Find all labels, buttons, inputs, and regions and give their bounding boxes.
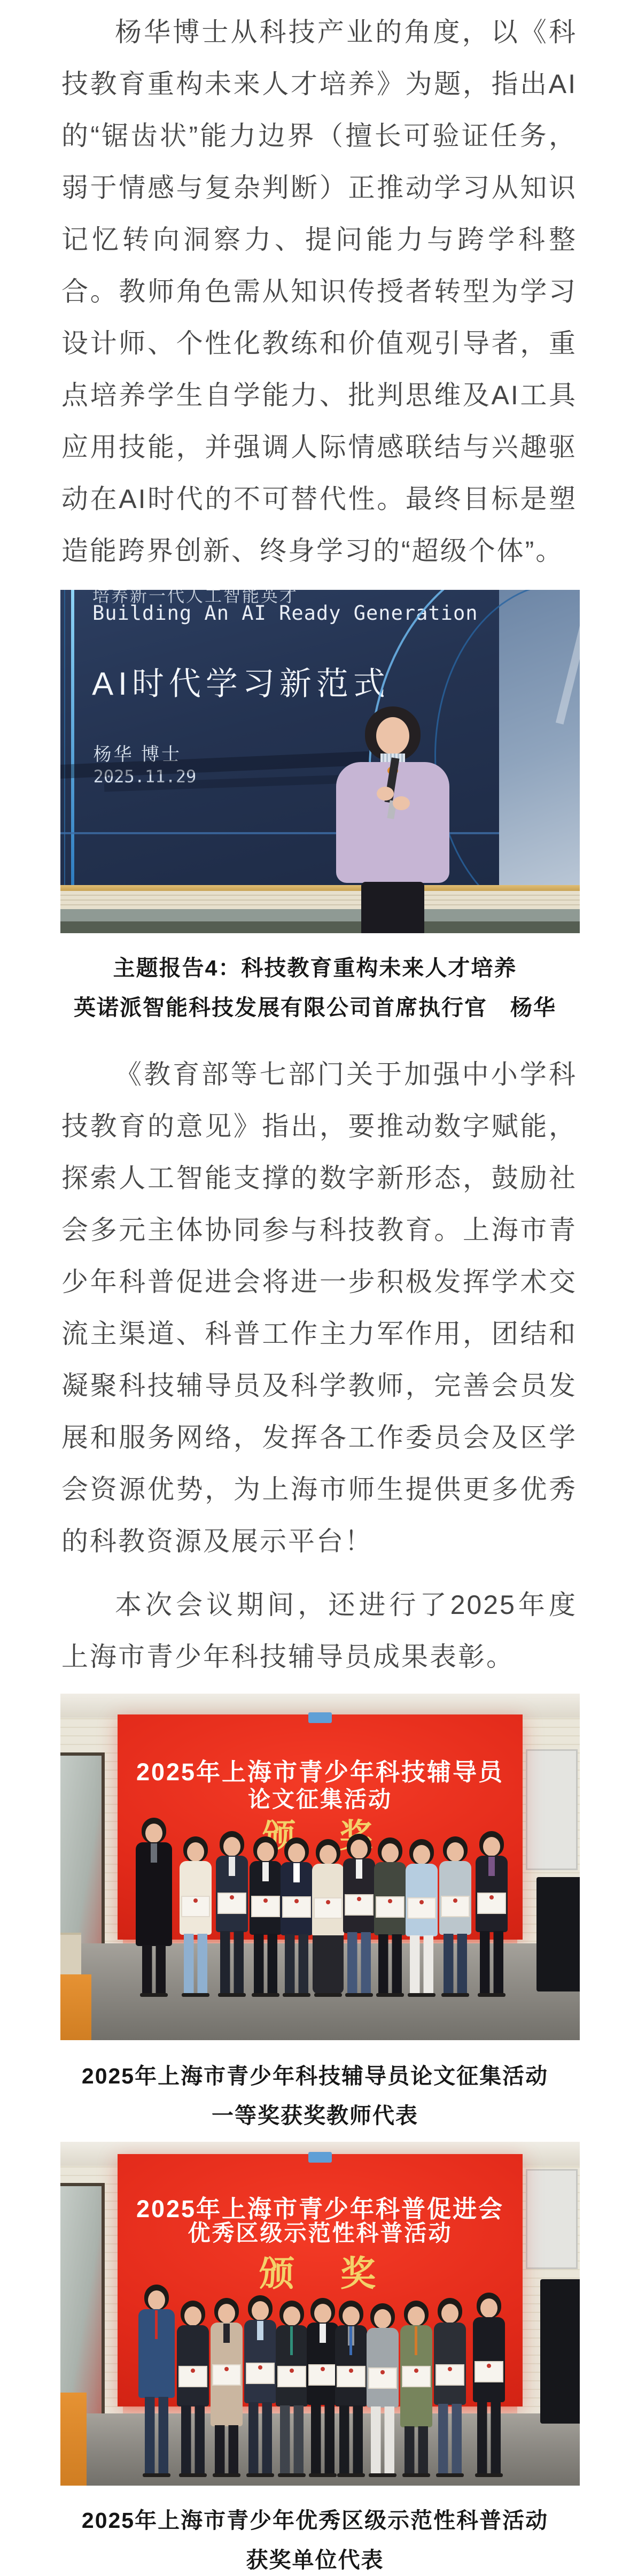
person-shoes: [337, 2473, 365, 2477]
person-legs: [339, 2405, 363, 2474]
person-silhouette: [248, 1836, 283, 1997]
person-shoes: [143, 2473, 170, 2477]
certificate-seal: [191, 2369, 195, 2373]
slide-blue-light-strip: [71, 590, 74, 885]
person-legs: [347, 1932, 371, 1994]
person-shoes: [376, 1993, 404, 1997]
certificate-seal: [349, 2369, 353, 2373]
person-silhouette: [279, 1837, 314, 1997]
person-lanyard: [290, 2326, 293, 2355]
certificate-seal: [419, 1900, 424, 1904]
person-legs: [215, 2425, 238, 2474]
person-silhouette: [365, 2303, 400, 2477]
slide-edge-line: [64, 590, 65, 885]
certificate: [181, 1896, 210, 1917]
person-shirt: [151, 1843, 157, 1863]
person-face: [382, 1843, 399, 1863]
person-shirt: [262, 1862, 269, 1881]
person-silhouette: [178, 1836, 213, 1997]
person-lanyard: [155, 2310, 158, 2339]
person-legs: [184, 1934, 207, 1994]
awardees-row: [60, 1694, 580, 2040]
person-silhouette: [137, 2285, 176, 2477]
certificate: [477, 1893, 506, 1914]
person-legs: [405, 2426, 428, 2474]
person-face: [374, 2309, 391, 2328]
person-shoes: [314, 1993, 342, 1997]
certificate: [308, 2364, 337, 2386]
caption-line: 获奖单位代表: [0, 2540, 630, 2576]
person-silhouette: [438, 1836, 472, 1997]
person-face: [351, 1840, 368, 1859]
person-shoes: [213, 2473, 240, 2477]
figure-award-photo-activities[interactable]: 2025年上海市青少年科普促进会 优秀区级示范性科普活动 颁 奖: [60, 2142, 580, 2486]
person-silhouette: [311, 1839, 345, 1997]
certificate: [402, 2366, 431, 2387]
awardees-row: [60, 2142, 580, 2486]
person-face: [408, 2306, 425, 2326]
person-shoes: [278, 2473, 306, 2477]
article-body: 杨华博士从科技产业的角度，以《科技教育重构未来人才培养》为题，指出AI的“锯齿状…: [0, 6, 630, 2576]
certificate-seal: [380, 2370, 385, 2374]
person-legs: [280, 2405, 304, 2474]
certificate: [282, 1896, 311, 1918]
paragraph-speaker-summary: 杨华博士从科技产业的角度，以《科技教育重构未来人才培养》为题，指出AI的“锯齿状…: [61, 6, 577, 577]
person-shoes: [140, 1993, 168, 1997]
person-silhouette: [275, 2301, 309, 2477]
person-legs: [371, 2406, 394, 2474]
certificate: [435, 2364, 464, 2386]
stage-right-panel: [499, 590, 580, 885]
certificate: [345, 1894, 374, 1916]
person-face: [343, 2306, 360, 2326]
person-shoes: [252, 1993, 279, 1997]
person-legs: [444, 1934, 467, 1994]
person-shoes: [402, 2473, 430, 2477]
person-legs: [313, 1935, 344, 1994]
person-shirt: [293, 1863, 300, 1882]
person-silhouette: [215, 1831, 249, 1997]
person-face: [413, 1845, 430, 1864]
person-silhouette: [135, 1818, 173, 1997]
person-shoes: [246, 2473, 274, 2477]
certificate: [475, 2361, 503, 2382]
certificate-seal: [414, 2369, 418, 2373]
caption-line: 主题报告4：科技教育重构未来人才培养: [0, 948, 630, 988]
certificate-seal: [263, 1898, 268, 1903]
person-silhouette: [472, 2293, 506, 2477]
person-legs: [410, 1935, 433, 1994]
paragraph-awards-intro: 本次会议期间，还进行了2025年度上海市青少年科技辅导员成果表彰。: [61, 1579, 577, 1683]
person-face: [218, 2304, 235, 2323]
certificate-seal: [258, 2365, 262, 2370]
person-face: [441, 2304, 458, 2323]
person-torso: [473, 2317, 505, 2402]
person-shoes: [441, 1993, 469, 1997]
person-shirt: [488, 1857, 495, 1876]
stage-edge: [60, 885, 580, 891]
certificate: [376, 1896, 405, 1918]
certificate-seal: [453, 1898, 457, 1903]
person-legs: [378, 1934, 402, 1994]
person-face: [447, 1842, 464, 1862]
person-face: [145, 1824, 162, 1843]
person-silhouette: [433, 2298, 467, 2477]
person-shoes: [408, 1993, 435, 1997]
person-shoes: [478, 1993, 505, 1997]
slide-title: AI时代学习新范式: [92, 658, 390, 704]
certificate-seal: [224, 2367, 229, 2371]
certificate: [178, 2366, 207, 2387]
certificate-seal: [321, 2367, 325, 2371]
person-shoes: [345, 1993, 373, 1997]
caption-line: 2025年上海市青少年优秀区级示范性科普活动: [0, 2501, 630, 2540]
certificate-seal: [326, 1900, 330, 1904]
certificate-seal: [487, 2364, 491, 2368]
person-face: [288, 1843, 305, 1863]
person-legs: [480, 1931, 503, 1994]
person-shirt: [229, 1857, 235, 1876]
certificate-seal: [230, 1895, 234, 1900]
speaker-hand: [393, 796, 410, 810]
certificate: [441, 1896, 470, 1917]
speaker-face: [376, 717, 409, 755]
certificate-seal: [294, 1899, 299, 1903]
person-silhouette: [176, 2301, 210, 2477]
person-face: [184, 2306, 201, 2326]
person-shoes: [283, 1993, 310, 1997]
person-face: [314, 2304, 331, 2323]
person-face: [320, 1845, 337, 1864]
person-legs: [477, 2401, 501, 2474]
person-silhouette: [243, 2295, 277, 2477]
person-lanyard: [349, 2326, 352, 2355]
figure2-caption: 2025年上海市青少年科技辅导员论文征集活动 一等奖获奖教师代表: [0, 2056, 630, 2135]
panel-glare: [556, 590, 580, 725]
person-silhouette: [373, 1837, 407, 1997]
person-shoes: [436, 2473, 464, 2477]
person-silhouette: [399, 2301, 433, 2477]
person-silhouette: [405, 1839, 439, 1997]
slide-subtitle-english: Building An AI Ready Generation: [92, 602, 478, 625]
person-face: [252, 2301, 269, 2320]
certificate-seal: [290, 2369, 294, 2373]
certificate: [337, 2366, 365, 2387]
person-shoes: [218, 1993, 246, 1997]
stage-floor-band: [60, 909, 580, 921]
caption-line: 英诺派智能科技发展有限公司首席执行官 杨华: [0, 988, 630, 1027]
certificate-seal: [388, 1899, 392, 1903]
person-legs: [220, 1931, 244, 1994]
speaker-hand: [377, 787, 394, 801]
person-legs: [285, 1934, 308, 1994]
person-shoes: [309, 2473, 337, 2477]
person-face: [483, 1837, 500, 1856]
person-shirt: [356, 1859, 362, 1879]
figure1-caption: 主题报告4：科技教育重构未来人才培养 英诺派智能科技发展有限公司首席执行官 杨华: [0, 948, 630, 1027]
person-legs: [181, 2405, 205, 2474]
person-legs: [438, 2404, 462, 2474]
figure3-caption: 2025年上海市青少年优秀区级示范性科普活动 获奖单位代表: [0, 2501, 630, 2576]
person-legs: [254, 1934, 277, 1994]
person-shirt: [257, 2321, 263, 2340]
person-shoes: [179, 2473, 207, 2477]
caption-line: 一等奖获奖教师代表: [0, 2096, 630, 2135]
person-shirt: [320, 2324, 326, 2343]
caption-line: 2025年上海市青少年科技辅导员论文征集活动: [0, 2056, 630, 2096]
person-face: [223, 1837, 240, 1856]
certificate: [407, 1897, 436, 1919]
certificate: [277, 2366, 306, 2387]
person-face: [187, 1842, 204, 1862]
person-shirt: [223, 2324, 230, 2343]
certificate: [212, 2364, 241, 2386]
person-legs: [311, 2404, 335, 2474]
person-legs: [145, 2397, 168, 2474]
certificate-seal: [489, 1895, 494, 1900]
certificate: [246, 2363, 275, 2384]
certificate-seal: [448, 2367, 452, 2371]
person-legs: [142, 1945, 166, 1994]
certificate-seal: [193, 1898, 198, 1903]
speaker-figure: [331, 706, 454, 933]
person-face: [480, 2298, 497, 2318]
certificate: [368, 2367, 397, 2389]
certificate: [217, 1893, 246, 1914]
stage-floor-dark-band: [60, 921, 580, 933]
person-shoes: [182, 1993, 209, 1997]
speaker-legs: [361, 882, 424, 933]
certificate-seal: [357, 1897, 361, 1901]
person-lanyard: [415, 2326, 417, 2355]
figure-speaker-photo[interactable]: 培养新一代人工智能英才 Building An AI Ready Generat…: [60, 590, 580, 933]
certificate: [314, 1897, 343, 1919]
person-silhouette: [209, 2298, 244, 2477]
person-shoes: [475, 2473, 503, 2477]
person-shoes: [369, 2473, 396, 2477]
figure-award-photo-papers[interactable]: 2025年上海市青少年科技辅导员 论文征集活动 颁 奖: [60, 1694, 580, 2040]
person-silhouette: [342, 1834, 376, 1997]
person-face: [148, 2290, 165, 2310]
certificate: [251, 1896, 280, 1917]
person-silhouette: [334, 2301, 368, 2477]
person-silhouette: [475, 1831, 509, 1997]
person-face: [257, 1842, 274, 1862]
paragraph-policy: 《教育部等七部门关于加强中小学科技教育的意见》指出，要推动数字赋能，探索人工智能…: [61, 1049, 577, 1567]
stage-floor-slats: [60, 891, 580, 909]
person-legs: [248, 2402, 272, 2474]
person-face: [283, 2306, 300, 2326]
